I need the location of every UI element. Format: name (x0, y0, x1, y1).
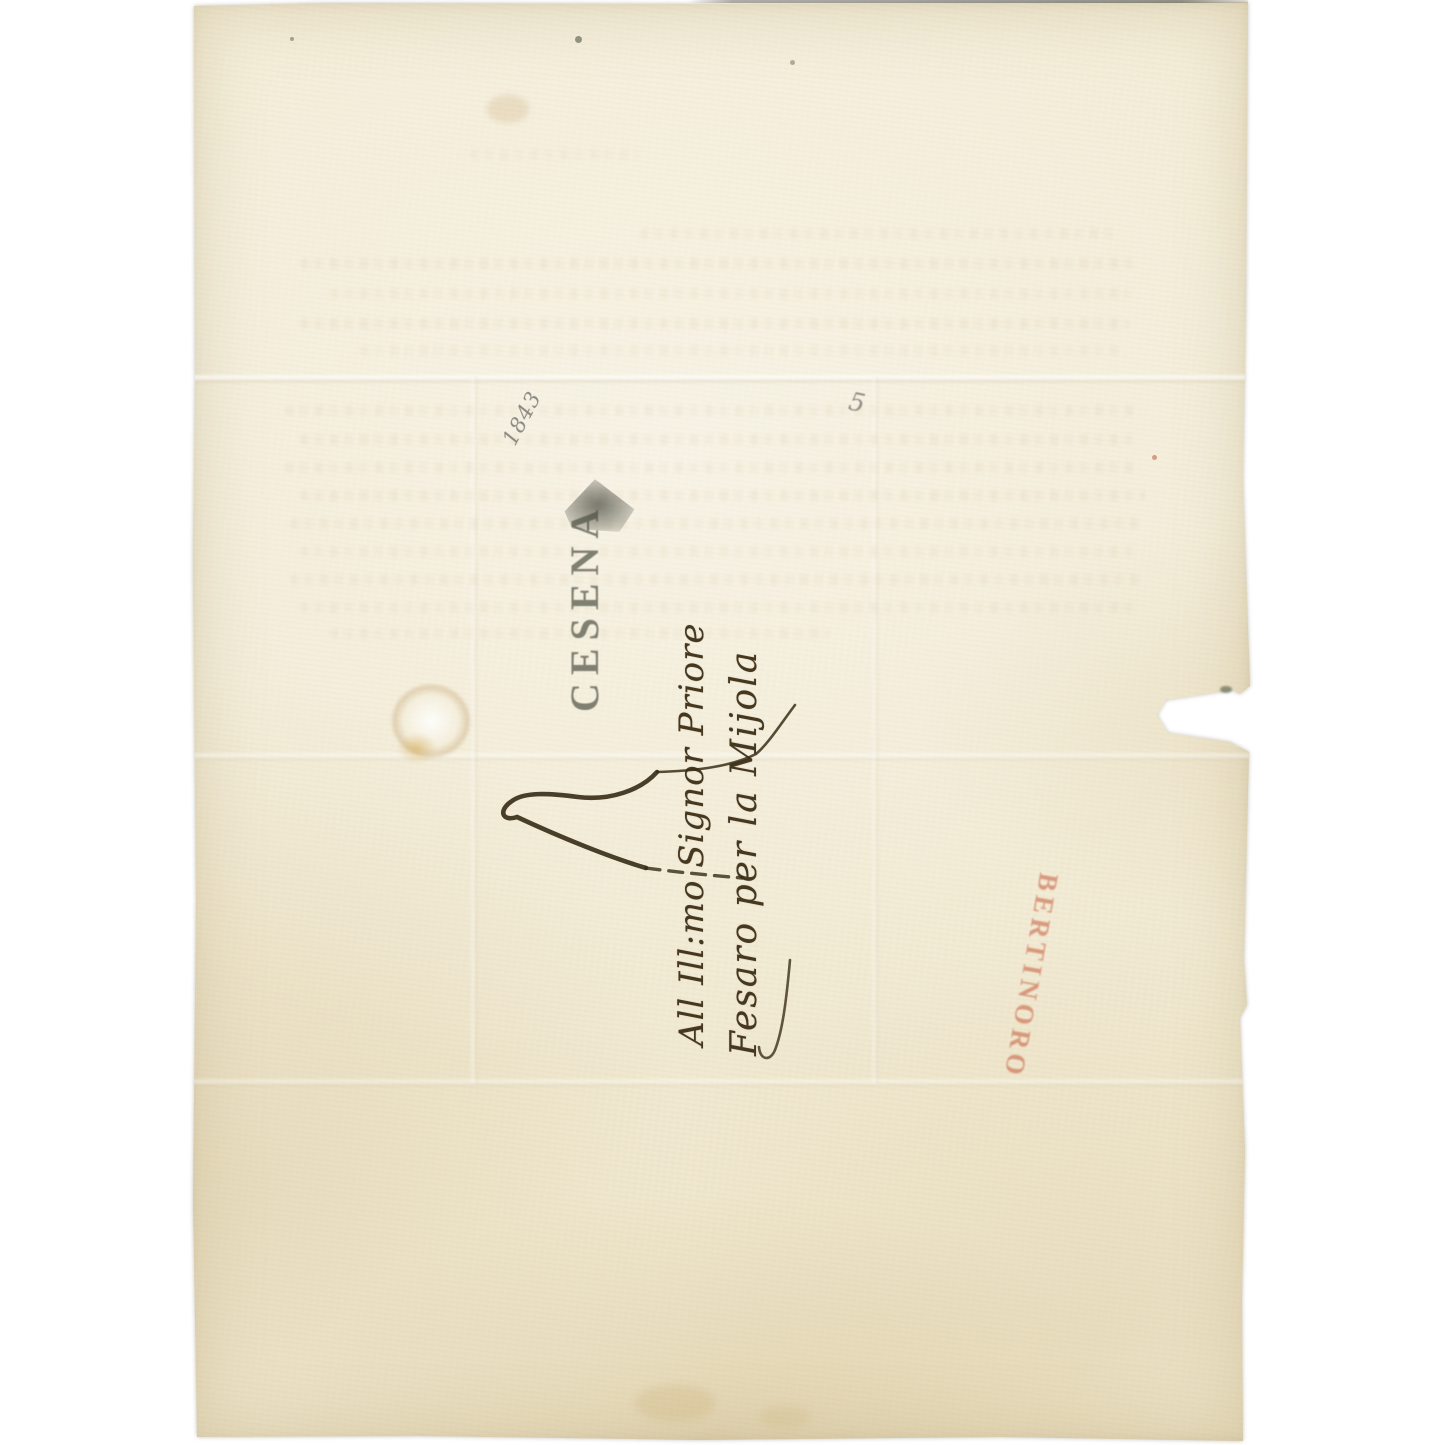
scan-edge-shadow (688, 0, 1248, 3)
flourish-dashed-tail (646, 868, 742, 878)
ink-flourish-overlay (0, 0, 1445, 1445)
letter-scan: CESENA BERTINORO 1843 5 All Ill:mo Signo… (0, 0, 1445, 1445)
flourish-upper-diagonal (657, 705, 795, 772)
flourish-fin-stroke (503, 772, 657, 868)
initial-letter-flourish (759, 960, 790, 1058)
